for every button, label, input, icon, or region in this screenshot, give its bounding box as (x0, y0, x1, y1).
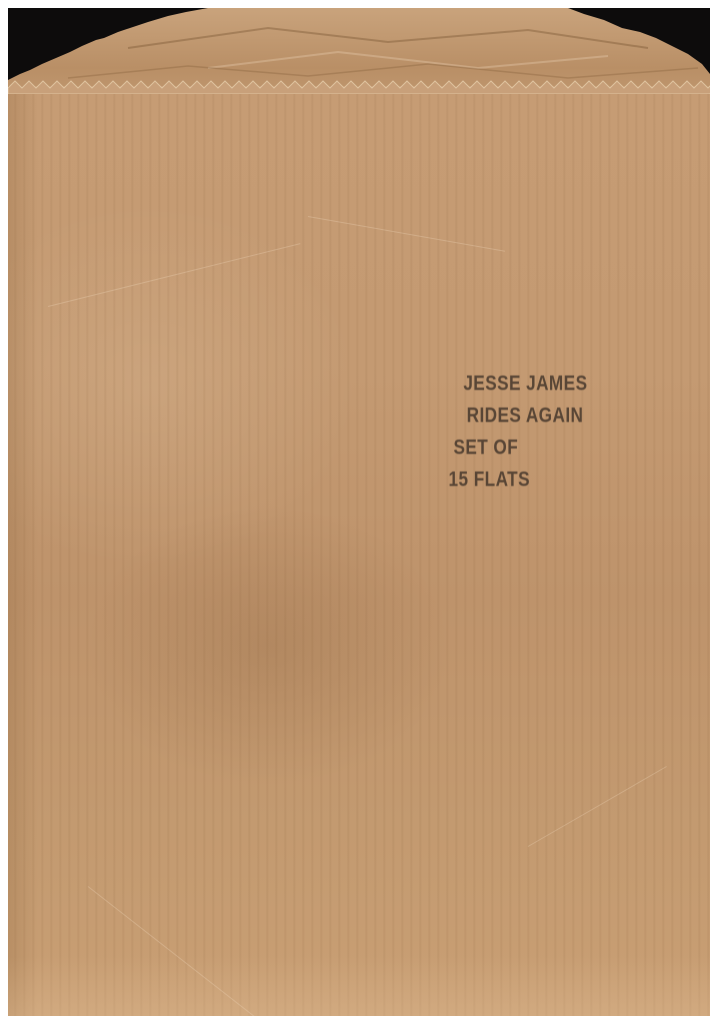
paper-bag-body (8, 86, 710, 1016)
ink-stamp: JESSE JAMES RIDES AGAIN SET OF 15 FLATS (442, 368, 587, 496)
stamp-line-count: 15 FLATS (442, 464, 587, 496)
stamp-line-subtitle: RIDES AGAIN (442, 400, 587, 432)
bottom-highlight (8, 956, 710, 1016)
stamp-line-set: SET OF (442, 432, 587, 464)
crease-line (48, 243, 301, 307)
stamp-line-title: JESSE JAMES (442, 368, 587, 400)
crease-line (308, 216, 505, 252)
serrated-edge (8, 78, 710, 94)
edge-shadow (8, 86, 38, 1016)
scanned-paper-bag: JESSE JAMES RIDES AGAIN SET OF 15 FLATS (8, 8, 710, 1016)
crease-line (528, 766, 667, 847)
